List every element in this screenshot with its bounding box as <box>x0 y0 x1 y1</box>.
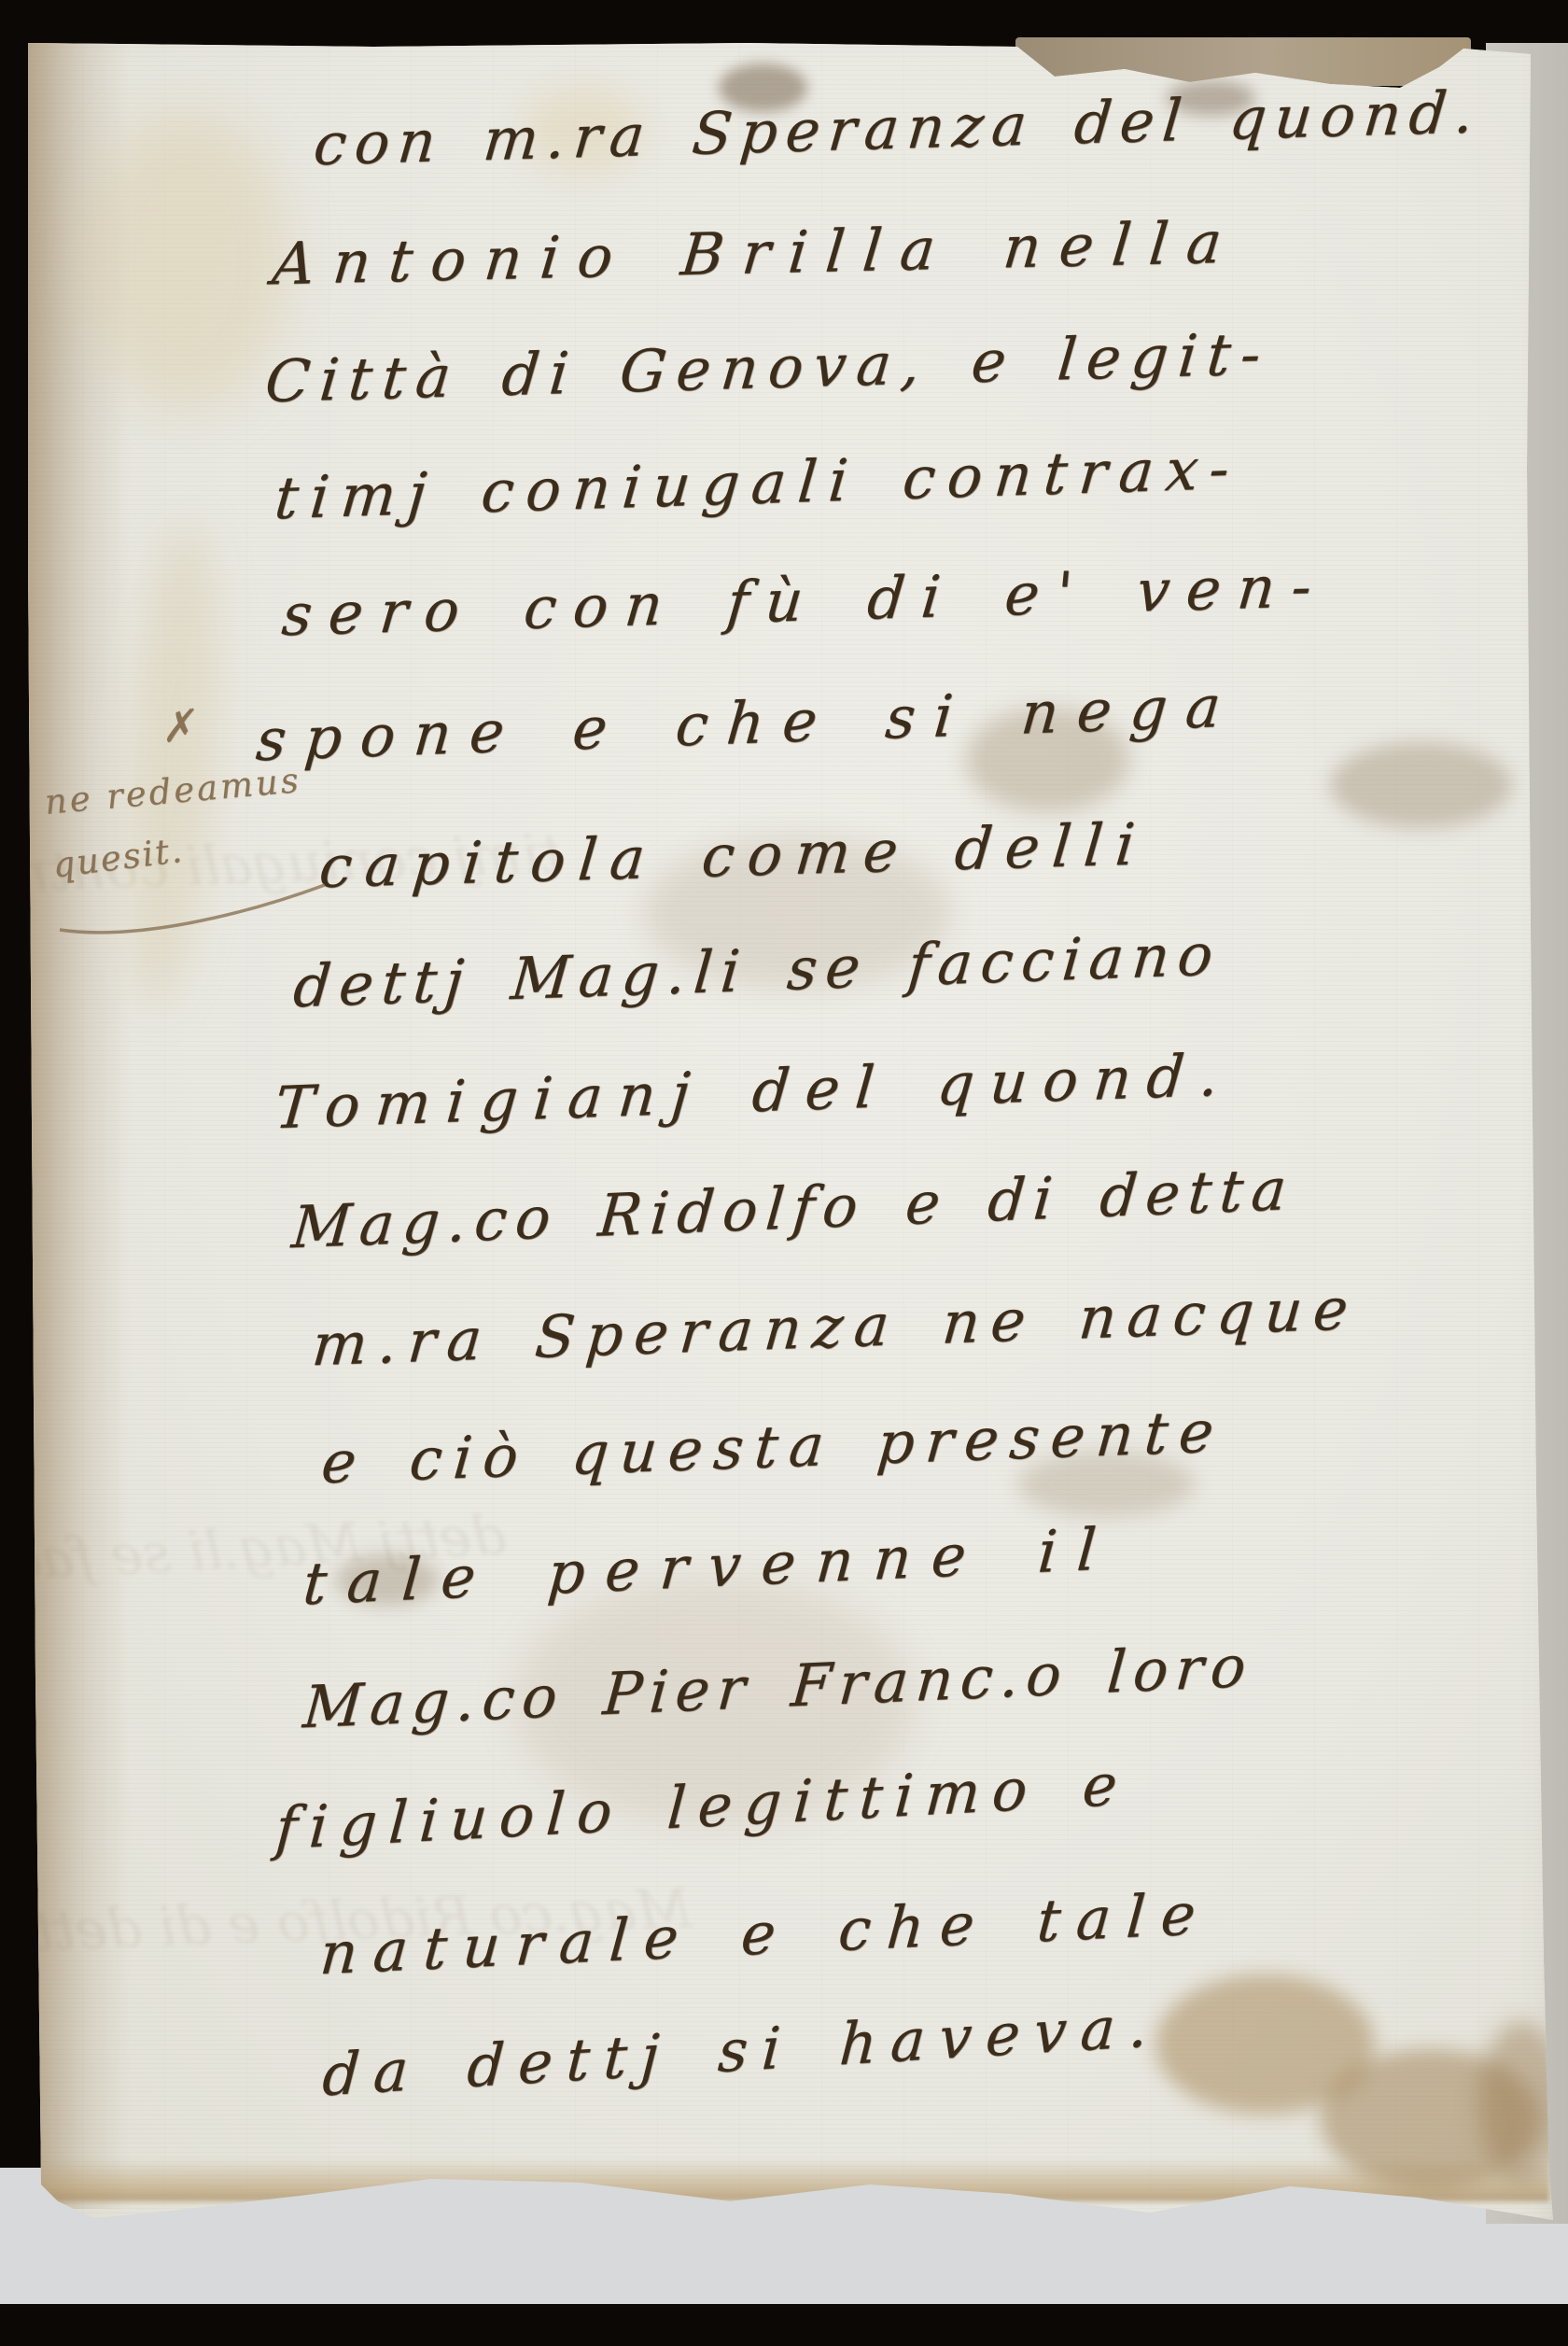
manuscript-line: m.ra Speranza ne nacque <box>310 1274 1363 1379</box>
manuscript-line: sero con fù di e' ven- <box>279 552 1331 650</box>
margin-flourish <box>52 876 332 941</box>
manuscript-line: Antonio Brilla nella <box>270 207 1243 298</box>
manuscript-line: Mag.co Pier Franc.o loro <box>301 1632 1255 1742</box>
manuscript-line: e ciò questa presente <box>319 1397 1228 1496</box>
manuscript-line: con m.ra Speranza del quond. <box>311 77 1485 178</box>
manuscript-line: Città di Genova, e legit- <box>262 319 1274 415</box>
manuscript-line: timj coniugali contrax- <box>272 433 1244 532</box>
manuscript-line: Tomigianj del quond. <box>273 1040 1238 1142</box>
manuscript-line: dettj Mag.li se facciano <box>291 920 1225 1020</box>
binding-gutter-shadow <box>28 43 131 2209</box>
manuscript-line: Mag.co Ridolfo e di detta <box>289 1155 1297 1262</box>
margin-mark: ✗ <box>157 701 198 753</box>
manuscript-line: spone e che si nega <box>254 671 1242 774</box>
paper-sheet: timj coniugali contrax- dettj Mag.li se … <box>0 0 1568 2346</box>
ink-smudge <box>1330 742 1512 828</box>
stain-blob <box>1155 1974 1375 2114</box>
manuscript-line: figliuolo legittimo e <box>273 1749 1131 1862</box>
manuscript-scan: timj coniugali contrax- dettj Mag.li se … <box>0 0 1568 2346</box>
manuscript-line: da dettj si haveva. <box>320 1991 1163 2110</box>
manuscript-line: capitola come delli <box>316 809 1151 901</box>
